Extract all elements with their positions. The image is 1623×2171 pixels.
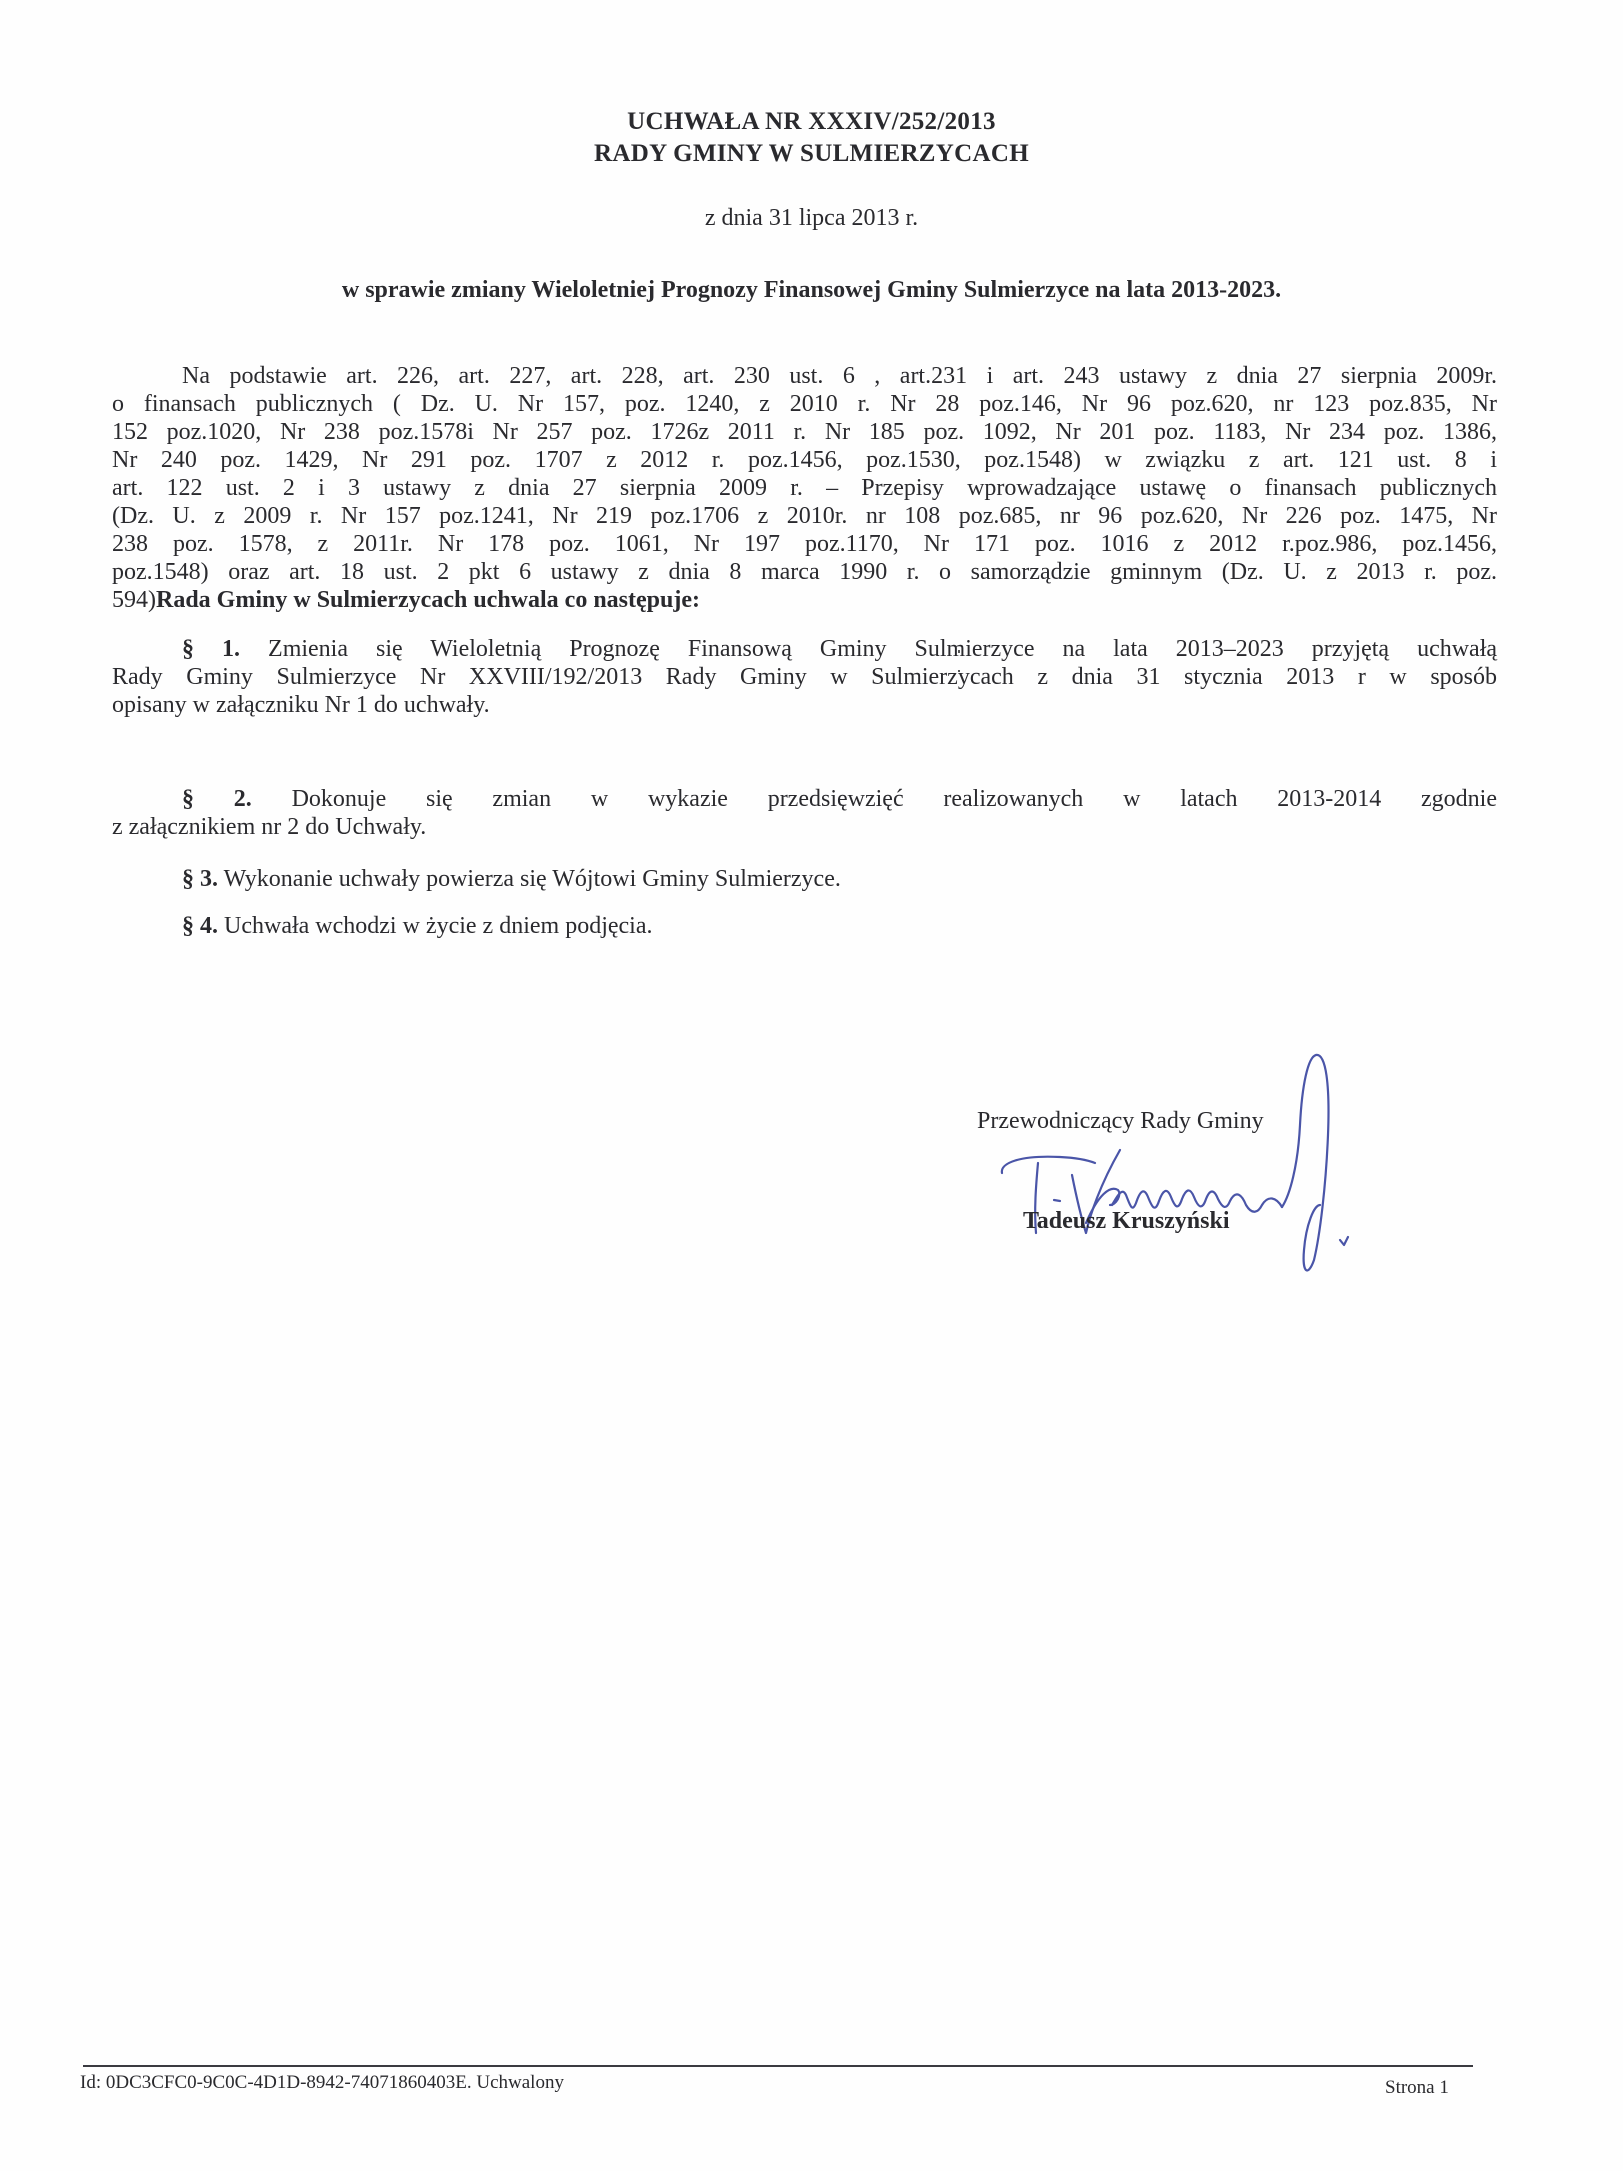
signatory-name: Tadeusz Kruszyński (1023, 1208, 1230, 1235)
preamble-line: Na podstawie art. 226, art. 227, art. 22… (182, 362, 1497, 390)
paragraph-text: Dokonuje się zmian w wykazie przedsięwzi… (292, 786, 1497, 812)
paragraph-text: Wykonanie uchwały powierza się Wójtowi G… (224, 866, 841, 892)
paragraph-marker: § 1. (182, 636, 240, 662)
paragraph-line: Rady Gminy Sulmierzyce Nr XXVIII/192/201… (112, 663, 1497, 691)
paragraph-marker: § 2. (182, 786, 252, 812)
paragraph-marker: § 4. (182, 913, 218, 939)
paragraph-text: Zmienia się Wieloletnią Prognozę Finanso… (268, 636, 1497, 662)
paragraph-line: z załącznikiem nr 2 do Uchwały. (112, 813, 1497, 841)
paragraph-line: opisany w załączniku Nr 1 do uchwały. (112, 691, 1497, 719)
preamble-line: o finansach publicznych ( Dz. U. Nr 157,… (112, 390, 1497, 418)
paragraph-line: § 1. Zmienia się Wieloletnią Prognozę Fi… (182, 635, 1497, 663)
paragraph-line: § 2. Dokonuje się zmian w wykazie przeds… (182, 785, 1497, 813)
council-name: RADY GMINY W SULMIERZYCACH (0, 140, 1623, 168)
preamble-line: 238 poz. 1578, z 2011r. Nr 178 poz. 1061… (112, 530, 1497, 558)
resolution-date: z dnia 31 lipca 2013 r. (0, 205, 1623, 232)
preamble-line: art. 122 ust. 2 i 3 ustawy z dnia 27 sie… (112, 474, 1497, 502)
preamble-closing-line: 594)Rada Gminy w Sulmierzycach uchwala c… (112, 586, 1497, 614)
preamble-line: 152 poz.1020, Nr 238 poz.1578i Nr 257 po… (112, 418, 1497, 446)
paragraph-line: § 4. Uchwała wchodzi w życie z dniem pod… (182, 912, 1497, 940)
document-id: Id: 0DC3CFC0-9C0C-4D1D-8942-74071860403E… (80, 2072, 564, 2094)
enacting-clause: Rada Gminy w Sulmierzycach uchwala co na… (156, 587, 700, 613)
preamble-closing-prefix: 594) (112, 587, 156, 613)
preamble-line: Nr 240 poz. 1429, Nr 291 poz. 1707 z 201… (112, 446, 1497, 474)
footer-divider (83, 2065, 1473, 2067)
preamble-line: poz.1548) oraz art. 18 ust. 2 pkt 6 usta… (112, 558, 1497, 586)
resolution-subject: w sprawie zmiany Wieloletniej Prognozy F… (0, 277, 1623, 304)
paragraph-marker: § 3. (182, 866, 218, 892)
paragraph-line: § 3. Wykonanie uchwały powierza się Wójt… (182, 865, 1497, 893)
handwritten-signature-icon (990, 1045, 1410, 1285)
preamble-line: (Dz. U. z 2009 r. Nr 157 poz.1241, Nr 21… (112, 502, 1497, 530)
document-page: UCHWAŁA NR XXXIV/252/2013 RADY GMINY W S… (0, 0, 1623, 2171)
resolution-number: UCHWAŁA NR XXXIV/252/2013 (0, 108, 1623, 136)
page-number: Strona 1 (1385, 2077, 1449, 2099)
paragraph-text: Uchwała wchodzi w życie z dniem podjęcia… (224, 913, 652, 939)
